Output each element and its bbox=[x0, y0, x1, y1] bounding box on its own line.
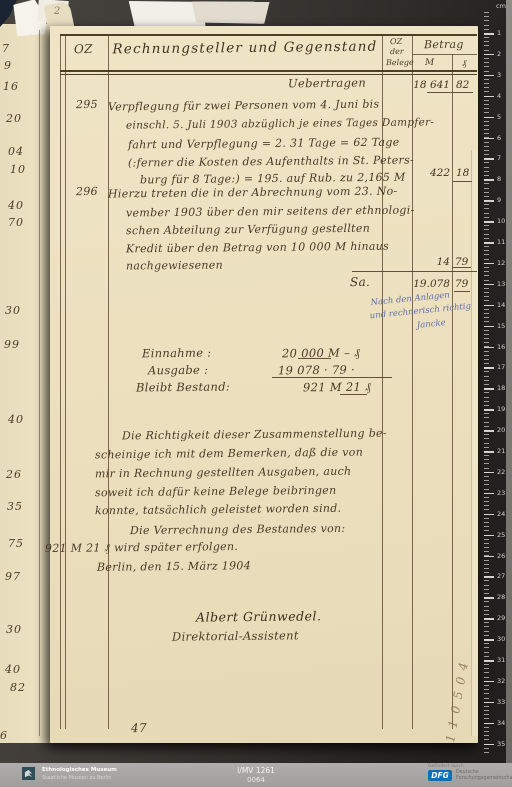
ruler-tick-minor bbox=[484, 714, 489, 715]
ruler-tick-minor bbox=[484, 213, 489, 214]
ruler-tick-major bbox=[484, 242, 494, 244]
certification-line: Die Verrechnung des Bestandes von: bbox=[130, 522, 345, 537]
ruler-tick-minor bbox=[484, 564, 489, 565]
ruler-number: 19 bbox=[497, 405, 505, 413]
ruler-tick-minor bbox=[484, 79, 489, 80]
ruler-tick-minor bbox=[484, 551, 489, 552]
ruler-tick-minor bbox=[484, 568, 489, 569]
ruler-tick-minor bbox=[484, 635, 489, 636]
certification-line: konnte, tatsächlich geleistet worden sin… bbox=[95, 502, 342, 518]
ruler-tick-minor bbox=[484, 188, 489, 189]
ruler-number: 11 bbox=[497, 238, 505, 246]
ruler-tick-minor bbox=[484, 392, 489, 393]
entry-296-mark: 14 bbox=[410, 256, 450, 268]
ruler-tick-minor bbox=[484, 196, 489, 197]
ruler-number: 26 bbox=[497, 552, 505, 560]
ruler-number: 15 bbox=[497, 322, 505, 330]
ruler-tick-minor bbox=[484, 300, 489, 301]
ruler-tick-minor bbox=[484, 171, 489, 172]
ruler-tick-minor bbox=[484, 338, 489, 339]
ruler-number: 21 bbox=[497, 447, 505, 455]
ruler-tick-minor bbox=[484, 752, 489, 753]
ruler-tick-minor bbox=[484, 271, 489, 272]
ruler-number: 29 bbox=[497, 614, 505, 622]
ruler-tick-minor bbox=[484, 589, 489, 590]
ruler-tick-major bbox=[484, 75, 494, 77]
ruler-tick-major bbox=[484, 33, 494, 35]
ruler-tick-minor bbox=[484, 125, 489, 126]
ruler-tick-major bbox=[484, 493, 494, 495]
entry-295-pf: 18 bbox=[456, 167, 469, 179]
sum-pf: 79 bbox=[455, 278, 468, 290]
ruler-tick-minor bbox=[484, 29, 489, 30]
ruler-tick-minor bbox=[484, 309, 489, 310]
certification-line: Die Richtigkeit dieser Zusammenstellung … bbox=[122, 427, 387, 443]
ruler-tick-minor bbox=[484, 259, 489, 260]
ruler-tick-minor bbox=[484, 698, 489, 699]
ruler-tick-major bbox=[484, 179, 494, 181]
ruler-tick-major bbox=[484, 367, 494, 369]
ruler-tick-minor bbox=[484, 359, 489, 360]
rule-line bbox=[65, 34, 66, 729]
ruler-number: 13 bbox=[497, 280, 505, 288]
ruler-tick-major bbox=[484, 200, 494, 202]
ruler-tick-minor bbox=[484, 677, 489, 678]
ruler-tick-minor bbox=[484, 313, 489, 314]
ruler-number: 10 bbox=[497, 217, 505, 225]
ruler-tick-minor bbox=[484, 317, 489, 318]
underlying-page-rule-line bbox=[39, 30, 40, 736]
ruler-tick-minor bbox=[484, 87, 489, 88]
ruler-tick-minor bbox=[484, 530, 489, 531]
ruler-tick-minor bbox=[484, 489, 489, 490]
ruler-number: 18 bbox=[497, 384, 505, 392]
ruler-number: 14 bbox=[497, 301, 505, 309]
ruler-tick-major bbox=[484, 618, 494, 620]
ruler-tick-major bbox=[484, 723, 494, 725]
ruler-tick-minor bbox=[484, 192, 489, 193]
ruler-tick-minor bbox=[484, 234, 489, 235]
ruler-number: 6 bbox=[497, 134, 501, 142]
ruler-tick-minor bbox=[484, 585, 489, 586]
ruler-tick-minor bbox=[484, 593, 489, 594]
ruler-number: 31 bbox=[497, 656, 505, 664]
ruler-tick-minor bbox=[484, 16, 489, 17]
column-header-receipt-3: Belege bbox=[386, 58, 414, 67]
entry-296-line: nachgewiesenen bbox=[126, 258, 223, 272]
entry-296-pf: 79 bbox=[455, 256, 468, 268]
column-header-main: Rechnungsteller und Gegenstand bbox=[108, 39, 382, 58]
footer-bar: Ethnologisches Museum Staatliche Museen … bbox=[0, 763, 512, 787]
ruler-tick-minor bbox=[484, 50, 489, 51]
ruler-number: 8 bbox=[497, 175, 501, 183]
ruler-tick-minor bbox=[484, 58, 489, 59]
carryover-pf: 82 bbox=[456, 79, 469, 91]
rule-line bbox=[60, 34, 61, 729]
underlying-page-strip bbox=[0, 24, 54, 743]
ruler-tick-minor bbox=[484, 422, 489, 423]
ruler-tick-minor bbox=[484, 710, 489, 711]
ruler-tick-minor bbox=[484, 543, 489, 544]
ruler-tick-minor bbox=[484, 547, 489, 548]
rule-line bbox=[60, 70, 477, 72]
ruler-tick-minor bbox=[484, 426, 489, 427]
ruler-tick-minor bbox=[484, 91, 489, 92]
ruler-tick-minor bbox=[484, 45, 489, 46]
ruler-tick-minor bbox=[484, 208, 489, 209]
dfg-logo-text: DFG bbox=[428, 771, 452, 780]
ruler-tick-minor bbox=[484, 162, 489, 163]
scanned-ledger-photo: 2 79162004104070309940263575973040826 OZ… bbox=[0, 0, 512, 787]
ruler-number: 35 bbox=[497, 740, 505, 748]
ruler-tick-minor bbox=[484, 41, 489, 42]
ruler-tick-minor bbox=[484, 334, 489, 335]
ruler-tick-minor bbox=[484, 363, 489, 364]
ruler-tick-minor bbox=[484, 71, 489, 72]
ruler-tick-minor bbox=[484, 355, 489, 356]
ruler-tick-minor bbox=[484, 572, 489, 573]
ruler-tick-minor bbox=[484, 497, 489, 498]
ruler-tick-minor bbox=[484, 447, 489, 448]
ruler-tick-minor bbox=[484, 748, 489, 749]
amount-underline bbox=[340, 394, 367, 395]
corner-pencil-mark: 2 bbox=[54, 6, 60, 17]
rule-line bbox=[60, 74, 477, 75]
ruler-tick-minor bbox=[484, 254, 489, 255]
ruler-tick-major bbox=[484, 660, 494, 662]
column-header-row-number: OZ bbox=[74, 42, 93, 56]
ruler-tick-major bbox=[484, 138, 494, 140]
ruler-tick-minor bbox=[484, 522, 489, 523]
ruler-tick-minor bbox=[484, 468, 489, 469]
ruler-tick-minor bbox=[484, 689, 489, 690]
ruler-tick-minor bbox=[484, 631, 489, 632]
ruler-tick-major bbox=[484, 284, 494, 286]
amount-underline bbox=[453, 181, 472, 182]
ruler-tick-minor bbox=[484, 727, 489, 728]
ruler-number: 5 bbox=[497, 113, 501, 121]
ruler-tick-minor bbox=[484, 668, 489, 669]
ruler-tick-major bbox=[484, 388, 494, 390]
rule-line bbox=[412, 54, 477, 55]
certification-date-line: Berlin, den 15. März 1904 bbox=[97, 559, 251, 574]
carryover-label: Uebertragen bbox=[288, 76, 366, 91]
ruler-tick-minor bbox=[484, 622, 489, 623]
ruler-tick-minor bbox=[484, 12, 489, 13]
ruler-tick-minor bbox=[484, 459, 489, 460]
dfg-logo-icon: DFG bbox=[428, 770, 452, 781]
ruler-tick-minor bbox=[484, 539, 489, 540]
ruler-number: 24 bbox=[497, 510, 505, 518]
column-header-mark: M bbox=[425, 58, 434, 68]
ruler-tick-major bbox=[484, 451, 494, 453]
audit-note: Nach den Anlagen und rechnerisch richtig… bbox=[368, 288, 482, 342]
ruler-tick-minor bbox=[484, 505, 489, 506]
ruler-tick-major bbox=[484, 54, 494, 56]
ruler-unit-label: cm bbox=[496, 2, 506, 10]
ruler-tick-minor bbox=[484, 664, 489, 665]
ruler-tick-minor bbox=[484, 66, 489, 67]
ruler-tick-minor bbox=[484, 484, 489, 485]
ruler-tick-minor bbox=[484, 526, 489, 527]
ruler-tick-minor bbox=[484, 685, 489, 686]
ruler-tick-minor bbox=[484, 606, 489, 607]
ruler-tick-minor bbox=[484, 146, 489, 147]
ruler-number: 7 bbox=[497, 154, 501, 162]
ruler-tick-minor bbox=[484, 405, 489, 406]
ruler-tick-minor bbox=[484, 133, 489, 134]
ruler-tick-major bbox=[484, 535, 494, 537]
ruler-tick-minor bbox=[484, 129, 489, 130]
ruler-tick-minor bbox=[484, 37, 489, 38]
income-value: 20 000 M – ₰ bbox=[282, 346, 360, 361]
ruler-tick-major bbox=[484, 597, 494, 599]
ruler-tick-minor bbox=[484, 443, 489, 444]
ruler-number: 23 bbox=[497, 489, 505, 497]
ruler: cm 1234567891011121314151617181920212223… bbox=[482, 0, 512, 762]
ruler-tick-minor bbox=[484, 417, 489, 418]
certification-line: 921 M 21 ₰ wird später erfolgen. bbox=[45, 540, 238, 555]
sum-label: Sa. bbox=[350, 275, 370, 289]
ruler-tick-major bbox=[484, 326, 494, 328]
ruler-tick-minor bbox=[484, 463, 489, 464]
ruler-tick-minor bbox=[484, 167, 489, 168]
ruler-tick-minor bbox=[484, 20, 489, 21]
carryover-mark: 18 641 bbox=[410, 79, 450, 91]
entry-295-number: 295 bbox=[76, 98, 98, 111]
ruler-tick-minor bbox=[484, 175, 489, 176]
funding-org-name-1: Deutsche bbox=[456, 770, 479, 775]
signature-name: Albert Grünwedel. bbox=[196, 608, 322, 624]
entry-296-line: schen Abteilung zur Verfügung gestellten bbox=[126, 222, 370, 238]
page-number: 47 bbox=[131, 721, 147, 735]
ruler-tick-minor bbox=[484, 112, 489, 113]
ruler-tick-major bbox=[484, 221, 494, 223]
ruler-number: 4 bbox=[497, 92, 501, 100]
ruler-tick-major bbox=[484, 744, 494, 746]
ruler-tick-minor bbox=[484, 731, 489, 732]
ruler-number: 2 bbox=[497, 50, 501, 58]
ruler-tick-minor bbox=[484, 351, 489, 352]
ruler-tick-minor bbox=[484, 718, 489, 719]
ruler-tick-minor bbox=[484, 225, 489, 226]
ruler-tick-minor bbox=[484, 296, 489, 297]
ruler-tick-major bbox=[484, 263, 494, 265]
ruler-tick-minor bbox=[484, 275, 489, 276]
rule-line bbox=[108, 34, 109, 729]
ruler-tick-minor bbox=[484, 238, 489, 239]
ruler-tick-major bbox=[484, 556, 494, 558]
ruler-tick-minor bbox=[484, 401, 489, 402]
ruler-tick-minor bbox=[484, 739, 489, 740]
ruler-tick-major bbox=[484, 639, 494, 641]
ruler-number: 28 bbox=[497, 593, 505, 601]
ruler-tick-minor bbox=[484, 626, 489, 627]
ruler-tick-minor bbox=[484, 288, 489, 289]
certification-line: mir in Rechnung gestellten Ausgaben, auc… bbox=[95, 465, 352, 481]
ruler-number: 22 bbox=[497, 468, 505, 476]
ruler-tick-minor bbox=[484, 104, 489, 105]
balance-value: 921 M 21 ₰ bbox=[303, 380, 371, 395]
total-rule bbox=[352, 271, 477, 272]
ruler-tick-minor bbox=[484, 100, 489, 101]
ruler-tick-major bbox=[484, 472, 494, 474]
ruler-tick-minor bbox=[484, 330, 489, 331]
funding-org-name-2: Forschungsgemeinschaft bbox=[456, 776, 512, 781]
ruler-tick-minor bbox=[484, 121, 489, 122]
ruler-tick-minor bbox=[484, 652, 489, 653]
rule-line bbox=[452, 54, 453, 729]
rule-line bbox=[412, 34, 413, 729]
ruler-tick-minor bbox=[484, 292, 489, 293]
ruler-number: 30 bbox=[497, 635, 505, 643]
ruler-tick-major bbox=[484, 430, 494, 432]
ruler-tick-minor bbox=[484, 706, 489, 707]
amount-underline bbox=[427, 92, 473, 93]
column-header-receipt-2: der bbox=[390, 47, 404, 56]
ruler-tick-minor bbox=[484, 108, 489, 109]
ruler-tick-major bbox=[484, 347, 494, 349]
ruler-tick-minor bbox=[484, 476, 489, 477]
ruler-tick-major bbox=[484, 702, 494, 704]
ruler-number: 34 bbox=[497, 719, 505, 727]
ruler-tick-major bbox=[484, 514, 494, 516]
ruler-tick-minor bbox=[484, 204, 489, 205]
column-header-amount: Betrag bbox=[424, 38, 464, 51]
ruler-number: 16 bbox=[497, 343, 505, 351]
balance-label: Bleibt Bestand: bbox=[136, 380, 230, 395]
audit-note-signature: Jancke bbox=[416, 318, 446, 331]
column-header-pfennig: ₰ bbox=[462, 58, 467, 69]
ruler-tick-minor bbox=[484, 376, 489, 377]
ruler-tick-minor bbox=[484, 560, 489, 561]
stacked-page-edge bbox=[471, 150, 478, 736]
ruler-tick-minor bbox=[484, 384, 489, 385]
ruler-tick-major bbox=[484, 305, 494, 307]
ruler-tick-minor bbox=[484, 580, 489, 581]
ruler-tick-minor bbox=[484, 647, 489, 648]
ruler-number: 1 bbox=[497, 29, 501, 37]
ruler-tick-minor bbox=[484, 518, 489, 519]
sum-mark: 19.078 bbox=[410, 278, 450, 290]
rule-line bbox=[60, 34, 477, 36]
ruler-tick-major bbox=[484, 117, 494, 119]
ruler-tick-minor bbox=[484, 735, 489, 736]
expense-value: 19 078 · 79 · bbox=[278, 363, 355, 378]
income-label: Einnahme : bbox=[142, 346, 212, 361]
ruler-number: 20 bbox=[497, 426, 505, 434]
ruler-tick-minor bbox=[484, 183, 489, 184]
ruler-tick-major bbox=[484, 96, 494, 98]
ruler-tick-minor bbox=[484, 614, 489, 615]
ruler-number: 9 bbox=[497, 196, 501, 204]
ruler-tick-minor bbox=[484, 342, 489, 343]
entry-295-mark: 422 bbox=[410, 167, 450, 179]
ruler-number: 27 bbox=[497, 572, 505, 580]
ruler-tick-minor bbox=[484, 610, 489, 611]
ruler-tick-minor bbox=[484, 267, 489, 268]
ruler-tick-minor bbox=[484, 672, 489, 673]
ruler-tick-major bbox=[484, 409, 494, 411]
ruler-number: 12 bbox=[497, 259, 505, 267]
ruler-tick-minor bbox=[484, 601, 489, 602]
ruler-tick-minor bbox=[484, 25, 489, 26]
entry-296-number: 296 bbox=[76, 185, 98, 198]
ruler-number: 33 bbox=[497, 698, 505, 706]
ruler-tick-minor bbox=[484, 455, 489, 456]
entry-296-line: Kredit über den Betrag von 10 000 M hina… bbox=[126, 240, 389, 256]
ruler-tick-minor bbox=[484, 480, 489, 481]
ruler-tick-minor bbox=[484, 83, 489, 84]
ruler-tick-minor bbox=[484, 142, 489, 143]
funding-pretext: Gefördert durch bbox=[428, 764, 464, 769]
ruler-tick-minor bbox=[484, 154, 489, 155]
ruler-tick-minor bbox=[484, 656, 489, 657]
ruler-tick-minor bbox=[484, 246, 489, 247]
expense-label: Ausgabe : bbox=[148, 363, 208, 378]
ruler-tick-minor bbox=[484, 150, 489, 151]
ruler-tick-minor bbox=[484, 434, 489, 435]
ruler-tick-minor bbox=[484, 62, 489, 63]
ruler-tick-minor bbox=[484, 217, 489, 218]
ruler-number: 32 bbox=[497, 677, 505, 685]
ruler-number: 3 bbox=[497, 71, 501, 79]
certification-line: soweit ich dafür keine Belege beibringen bbox=[95, 484, 337, 500]
ruler-tick-minor bbox=[484, 250, 489, 251]
signature-title: Direktorial-Assistent bbox=[172, 628, 299, 643]
ruler-tick-minor bbox=[484, 413, 489, 414]
ruler-tick-major bbox=[484, 681, 494, 683]
ruler-number: 17 bbox=[497, 363, 505, 371]
ruler-tick-minor bbox=[484, 321, 489, 322]
ruler-tick-minor bbox=[484, 380, 489, 381]
ruler-tick-minor bbox=[484, 397, 489, 398]
ruler-tick-major bbox=[484, 576, 494, 578]
ruler-tick-major bbox=[484, 158, 494, 160]
ruler-tick-minor bbox=[484, 280, 489, 281]
ruler-tick-minor bbox=[484, 509, 489, 510]
ruler-tick-minor bbox=[484, 371, 489, 372]
paper-scrap bbox=[192, 0, 271, 26]
column-header-receipt-1: OZ bbox=[390, 37, 402, 46]
ruler-tick-minor bbox=[484, 229, 489, 230]
ruler-number: 25 bbox=[497, 531, 505, 539]
ruler-tick-minor bbox=[484, 438, 489, 439]
ruler-tick-minor bbox=[484, 643, 489, 644]
ruler-tick-minor bbox=[484, 693, 489, 694]
ruler-tick-minor bbox=[484, 501, 489, 502]
